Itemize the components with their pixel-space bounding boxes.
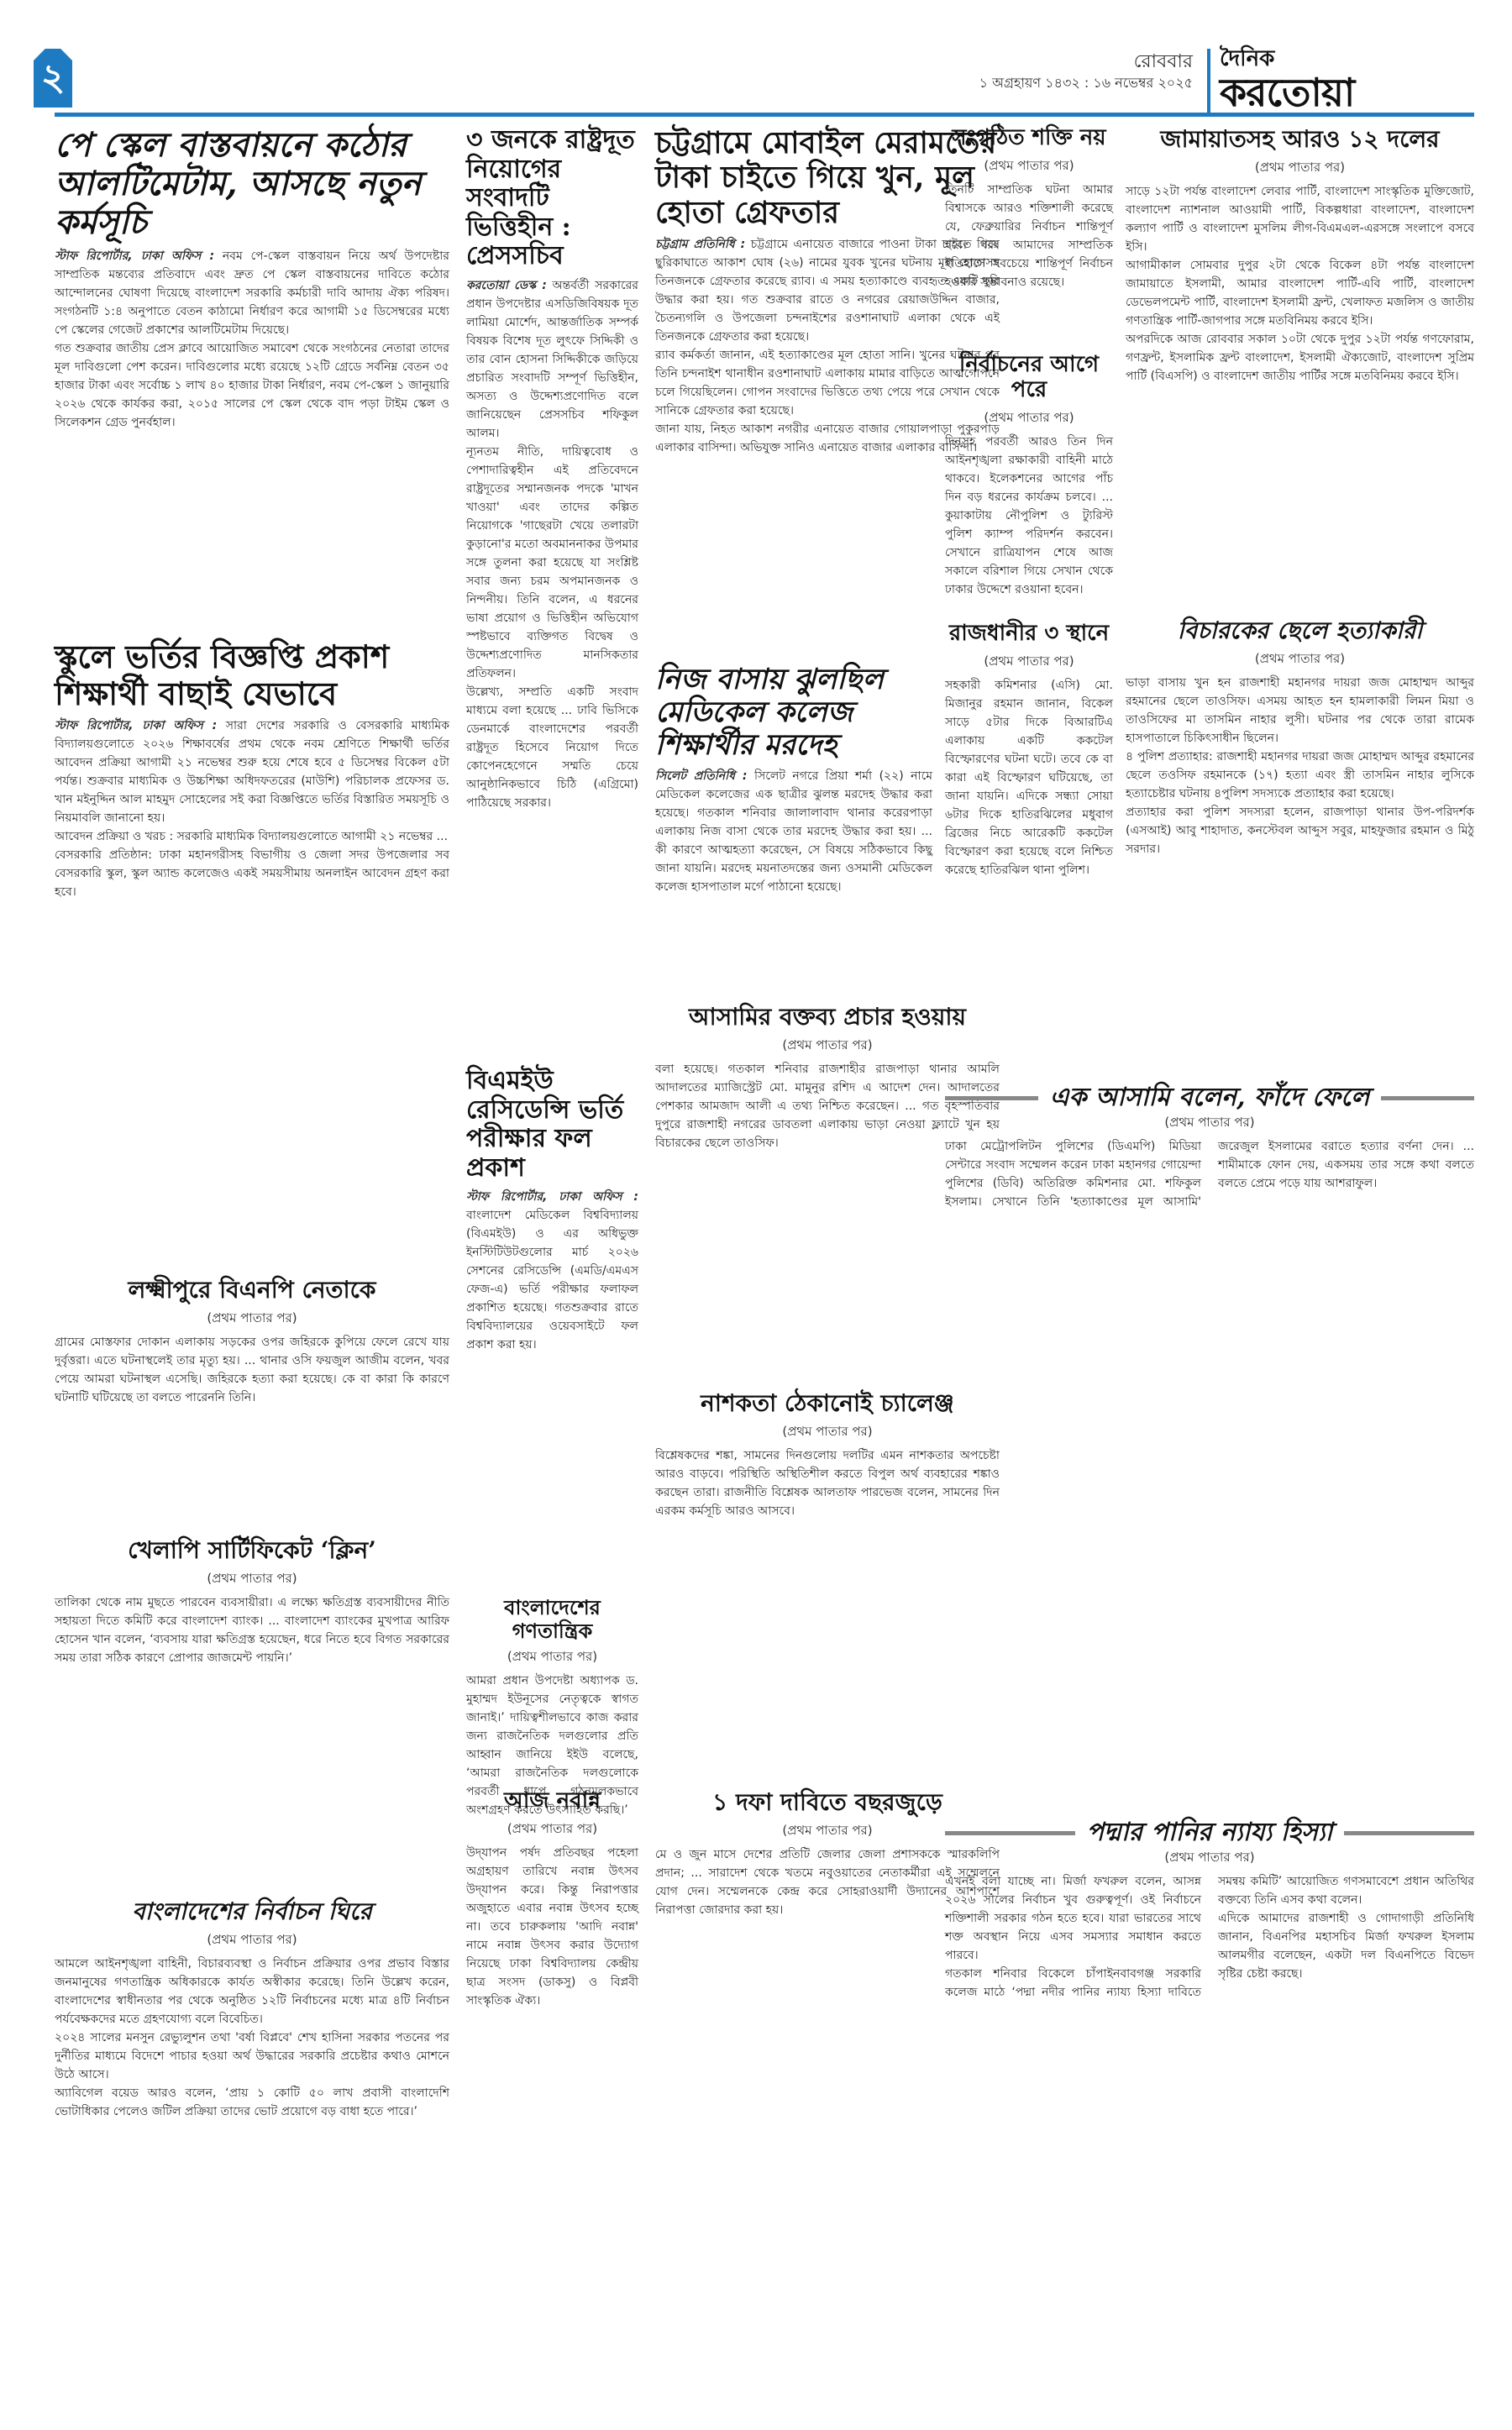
continued-label: (প্রথম পাতার পর) xyxy=(945,156,1113,177)
masthead-divider xyxy=(1207,49,1210,113)
article-body: তালিকা থেকে নাম মুছতে পারবেন ব্যবসায়ীরা… xyxy=(55,1593,449,1667)
continued-label: (প্রথম পাতার পর) xyxy=(945,652,1113,673)
headline: এক আসামি বলেন, ফাঁদে ফেলে xyxy=(1050,1084,1370,1113)
article-sabotage: নাশকতা ঠেকানোই চ্যালেঞ্জ (প্রথম পাতার পর… xyxy=(655,1390,1000,1520)
article-pay-scale: পে স্কেল বাস্তবায়নে কঠোর আলটিমেটাম, আসছ… xyxy=(55,126,449,432)
continued-label: (প্রথম পাতার পর) xyxy=(655,1036,1000,1057)
continued-label: (প্রথম পাতার পর) xyxy=(945,1848,1474,1869)
article-bmu-residency: বিএমইউ রেসিডেন্সি ভর্তি পরীক্ষার ফল প্রক… xyxy=(466,1067,638,1354)
article-school-admission: স্কুলে ভর্তির বিজ্ঞপ্তি প্রকাশ শিক্ষার্থ… xyxy=(55,638,449,901)
article-body: ঢাকা মেট্রোপলিটন পুলিশের (ডিএমপি) মিডিয়… xyxy=(945,1137,1474,1211)
continued-label: (প্রথম পাতার পর) xyxy=(466,1647,638,1668)
headline: আসামির বক্তব্য প্রচার হওয়ায় xyxy=(655,1004,1000,1031)
headline: রাজধানীর ৩ স্থানে xyxy=(945,622,1113,647)
newspaper-logo: দৈনিক করতোয়া xyxy=(1220,46,1480,113)
byline: স্টাফ রিপোর্টার, ঢাকা অফিস : xyxy=(55,249,214,263)
article-body: ভাড়া বাসায় খুন হন রাজশাহী মহানগর দায়র… xyxy=(1126,674,1474,858)
article-medical-student: নিজ বাসায় ঝুলছিল মেডিকেল কলেজ শিক্ষার্থ… xyxy=(655,664,932,896)
article-body: সিলেট প্রতিনিধি : সিলেট নগরে প্রিয়া শর্… xyxy=(655,767,932,896)
headline: বাংলাদেশের নির্বাচন ঘিরে xyxy=(55,1898,449,1925)
article-one-accused: এক আসামি বলেন, ফাঁদে ফেলে (প্রথম পাতার প… xyxy=(945,1084,1474,1211)
headline: নির্বাচনের আগে পরে xyxy=(945,353,1113,403)
byline: করতোয়া ডেস্ক : xyxy=(466,279,547,292)
article-before-after-election: নির্বাচনের আগে পরে (প্রথম পাতার পর) দিনস… xyxy=(945,353,1113,599)
date-block: রোববার ১ অগ্রহায়ণ ১৪৩২ : ১৬ নভেম্বর ২০২… xyxy=(979,50,1193,92)
headline: ১ দফা দাবিতে বছরজুড়ে xyxy=(655,1789,1000,1816)
byline: স্টাফ রিপোর্টার, ঢাকা অফিস : xyxy=(55,719,217,732)
article-body: দিনসহ পরবর্তী আরও তিন দিন আইনশৃঙ্খলা রক্… xyxy=(945,433,1113,599)
rule-left xyxy=(945,1096,1038,1100)
article-body: এখনই বলা যাচ্ছে না। মির্জা ফখরুল বলেন, আ… xyxy=(945,1872,1474,2002)
ruled-headline: এক আসামি বলেন, ফাঁদে ফেলে xyxy=(945,1084,1474,1113)
continued-label: (প্রথম পাতার পর) xyxy=(55,1309,449,1330)
article-body: উদ্‌যাপন পর্ষদ প্রতিবছর পহেলা অগ্রহায়ণ … xyxy=(466,1844,638,2010)
headline: আজ নবান্ন xyxy=(466,1789,638,1814)
page-number-badge: ২ xyxy=(34,49,72,108)
headline: খেলাপি সার্টিফিকেট ‘ক্লিন’ xyxy=(55,1537,449,1564)
article-democratic-bd: বাংলাদেশের গণতান্ত্রিক (প্রথম পাতার পর) … xyxy=(466,1596,638,1819)
continued-label: (প্রথম পাতার পর) xyxy=(1126,158,1474,179)
headline: জামায়াতসহ আরও ১২ দলের xyxy=(1126,126,1474,153)
article-ambassador: ৩ জনকে রাষ্ট্রদূত নিয়োগের সংবাদটি ভিত্ত… xyxy=(466,126,638,812)
continued-label: (প্রথম পাতার পর) xyxy=(55,1930,449,1951)
article-padma-water: পদ্মার পানির ন্যায্য হিস্যা (প্রথম পাতার… xyxy=(945,1819,1474,2002)
continued-label: (প্রথম পাতার পর) xyxy=(655,1422,1000,1443)
article-body: স্টাফ রিপোর্টার, ঢাকা অফিস : বাংলাদেশ মে… xyxy=(466,1188,638,1354)
headline: বাংলাদেশের গণতান্ত্রিক xyxy=(466,1596,638,1642)
logo-title: করতোয়া xyxy=(1220,71,1480,113)
ruled-headline: পদ্মার পানির ন্যায্য হিস্যা xyxy=(945,1819,1474,1848)
article-body: বিশ্লেষকদের শঙ্কা, সামনের দিনগুলোয় দলটি… xyxy=(655,1446,1000,1520)
rule-right xyxy=(1344,1831,1474,1835)
byline: চট্টগ্রাম প্রতিনিধি : xyxy=(655,238,745,251)
article-body: করতোয়া ডেস্ক : অন্তর্বর্তী সরকারের প্রধ… xyxy=(466,276,638,812)
continued-label: (প্রথম পাতার পর) xyxy=(945,1113,1474,1134)
page-number: ২ xyxy=(34,57,72,99)
headline: বিচারকের ছেলে হত্যাকারী xyxy=(1126,617,1474,644)
article-judge-son: বিচারকের ছেলে হত্যাকারী (প্রথম পাতার পর)… xyxy=(1126,617,1474,858)
issue-date: ১ অগ্রহায়ণ ১৪৩২ : ১৬ নভেম্বর ২০২৫ xyxy=(979,74,1193,92)
byline: সিলেট প্রতিনিধি : xyxy=(655,769,748,783)
continued-label: (প্রথম পাতার পর) xyxy=(466,1819,638,1840)
article-lakshmipur: লক্ষ্মীপুরে বিএনপি নেতাকে (প্রথম পাতার প… xyxy=(55,1277,449,1407)
article-body: সহকারী কমিশনার (এসি) মো. মিজানুর রহমান জ… xyxy=(945,676,1113,879)
headline: পে স্কেল বাস্তবায়নে কঠোর আলটিমেটাম, আসছ… xyxy=(55,126,449,242)
headline: পদ্মার পানির ন্যায্য হিস্যা xyxy=(1087,1819,1333,1848)
headline: নিজ বাসায় ঝুলছিল মেডিকেল কলেজ শিক্ষার্থ… xyxy=(655,664,932,762)
article-body: গ্রামের মোস্তফার দোকান এলাকায় সড়কের ওপ… xyxy=(55,1333,449,1407)
article-nabanna: আজ নবান্ন (প্রথম পাতার পর) উদ্‌যাপন পর্ষ… xyxy=(466,1789,638,2010)
article-body: সাড়ে ১২টা পর্যন্ত বাংলাদেশ লেবার পার্টি… xyxy=(1126,182,1474,386)
headline: স্কুলে ভর্তির বিজ্ঞপ্তি প্রকাশ শিক্ষার্থ… xyxy=(55,638,449,711)
rule-right xyxy=(1381,1096,1474,1100)
article-body: স্টাফ রিপোর্টার, ঢাকা অফিস : সারা দেশের … xyxy=(55,716,449,901)
article-body: তিনটি সাম্প্রতিক ঘটনা আমার বিশ্বাসকে আরও… xyxy=(945,181,1113,291)
headline: নাশকতা ঠেকানোই চ্যালেঞ্জ xyxy=(655,1390,1000,1417)
continued-label: (প্রথম পাতার পর) xyxy=(945,408,1113,429)
article-capital-3-places: রাজধানীর ৩ স্থানে (প্রথম পাতার পর) সহকার… xyxy=(945,622,1113,879)
rule-left xyxy=(945,1831,1075,1835)
byline: স্টাফ রিপোর্টার, ঢাকা অফিস : xyxy=(466,1190,638,1204)
logo-prefix: দৈনিক xyxy=(1220,46,1480,71)
article-body: আমলে আইনশৃঙ্খলা বাহিনী, বিচারব্যবস্থা ও … xyxy=(55,1955,449,2121)
article-body: স্টাফ রিপোর্টার, ঢাকা অফিস : নবম পে-স্কে… xyxy=(55,247,449,432)
article-organized-force: সংগঠিত শক্তি নয় (প্রথম পাতার পর) তিনটি … xyxy=(945,126,1113,291)
headline: ৩ জনকে রাষ্ট্রদূত নিয়োগের সংবাদটি ভিত্ত… xyxy=(466,126,638,271)
header-rule xyxy=(55,113,1474,117)
article-defaulter-certificate: খেলাপি সার্টিফিকেট ‘ক্লিন’ (প্রথম পাতার … xyxy=(55,1537,449,1667)
article-jamaat-12-parties: জামায়াতসহ আরও ১২ দলের (প্রথম পাতার পর) … xyxy=(1126,126,1474,386)
masthead: ২ রোববার ১ অগ্রহায়ণ ১৪৩২ : ১৬ নভেম্বর ২… xyxy=(0,0,1512,105)
headline: লক্ষ্মীপুরে বিএনপি নেতাকে xyxy=(55,1277,449,1304)
continued-label: (প্রথম পাতার পর) xyxy=(55,1569,449,1590)
headline: সংগঠিত শক্তি নয় xyxy=(945,126,1113,151)
weekday: রোববার xyxy=(979,50,1193,74)
continued-label: (প্রথম পাতার পর) xyxy=(1126,649,1474,670)
headline: বিএমইউ রেসিডেন্সি ভর্তি পরীক্ষার ফল প্রক… xyxy=(466,1067,638,1183)
article-bd-election: বাংলাদেশের নির্বাচন ঘিরে (প্রথম পাতার পর… xyxy=(55,1898,449,2121)
